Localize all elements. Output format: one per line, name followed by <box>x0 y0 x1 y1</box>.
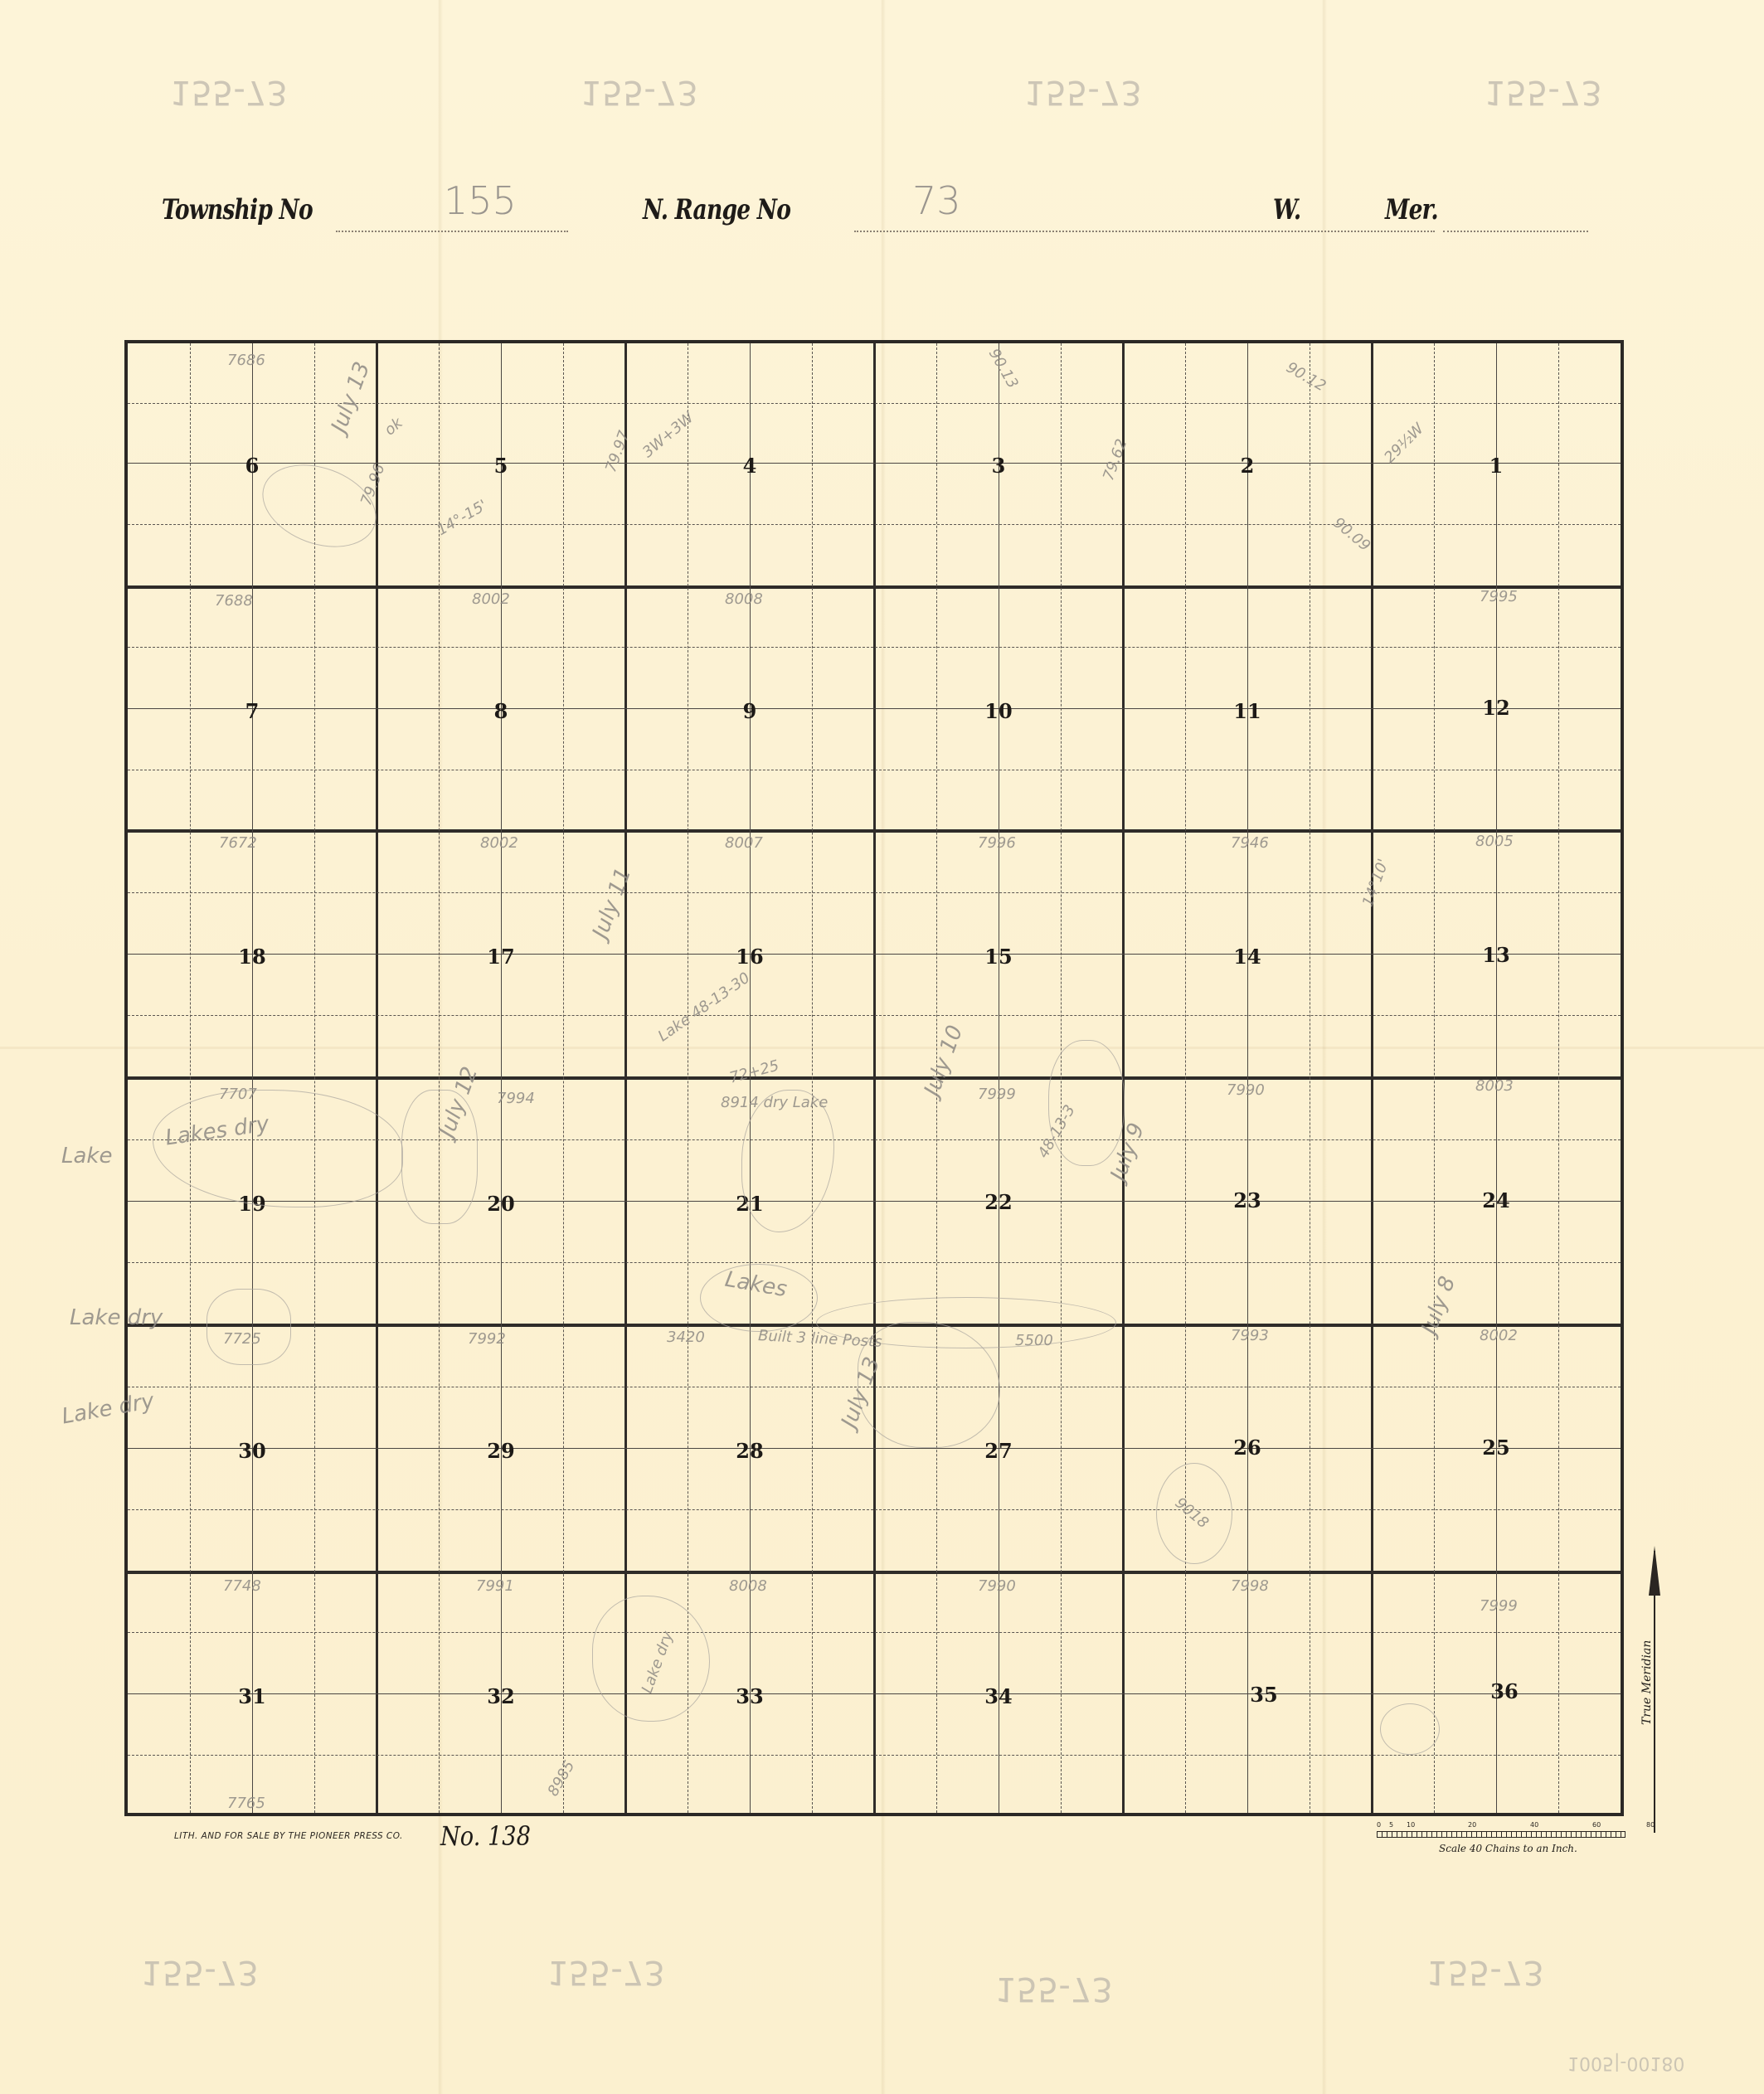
section-number: 29 <box>487 1441 514 1461</box>
pencil-note: 3W+3W <box>639 409 697 461</box>
scale-tick: 5 <box>1389 1821 1393 1829</box>
pencil-note: 72+25 <box>727 1057 780 1086</box>
pencil-note: July 11 <box>588 864 636 941</box>
pencil-note: 7990 <box>1227 1081 1265 1099</box>
township-grid: 6 5 4 3 2 1 7 8 9 10 11 12 18 17 16 15 1… <box>124 340 1624 1816</box>
bleed-note: 155-73 <box>141 1953 259 1991</box>
pencil-note: 90.09 <box>1329 514 1373 555</box>
pencil-note: 7990 <box>978 1577 1016 1595</box>
bleed-note: 155-73 <box>170 73 288 111</box>
pencil-note: 3420 <box>667 1329 705 1346</box>
section-number: 14 <box>1233 947 1261 967</box>
quarter-line-v <box>190 343 191 1813</box>
plat-header: Township No 155 N. Range No 73 W. Mer. <box>162 187 1588 236</box>
quarter-line-h <box>128 647 1621 648</box>
section-number: 23 <box>1233 1191 1261 1211</box>
section-number: 1 <box>1489 456 1504 476</box>
section-line-h <box>128 1571 1621 1574</box>
pencil-note: 5500 <box>1015 1332 1053 1349</box>
range-line <box>854 230 1435 232</box>
section-number: 6 <box>245 456 260 476</box>
pencil-note: 8005 <box>1475 833 1514 850</box>
pencil-note: 7946 <box>1231 834 1269 852</box>
pencil-note: July 8 <box>1417 1273 1460 1338</box>
pencil-note: Lake dry <box>70 1305 163 1330</box>
bleed-note: 155-73 <box>995 1970 1113 2008</box>
bleed-note: 155-73 <box>1426 1953 1544 1991</box>
lake-outline <box>207 1289 291 1365</box>
plat-number: No. 138 <box>440 1820 531 1852</box>
section-number: 27 <box>984 1441 1012 1461</box>
section-number: 15 <box>984 947 1012 967</box>
quarter-line-v <box>1310 343 1310 1813</box>
section-number: 2 <box>1241 456 1255 476</box>
section-number: 35 <box>1250 1685 1277 1705</box>
pencil-note: ok <box>381 415 406 440</box>
lithographer-credit: LITH. AND FOR SALE BY THE PIONEER PRESS … <box>174 1830 403 1841</box>
pencil-note: 7725 <box>223 1330 261 1348</box>
quarter-line-h <box>128 1015 1621 1016</box>
township-label: Township No <box>162 193 313 226</box>
quarter-line-v <box>563 343 564 1813</box>
pencil-note: 7765 <box>227 1795 265 1812</box>
pencil-note: 8002 <box>480 834 518 852</box>
pencil-note: 7995 <box>1480 588 1518 605</box>
pencil-note: 7993 <box>1231 1327 1269 1344</box>
pencil-note: 8002 <box>472 590 510 608</box>
meridian-line <box>1654 1551 1655 1833</box>
pencil-note: 7992 <box>468 1330 506 1348</box>
pencil-note: July 13 <box>327 358 375 435</box>
quarter-line-h <box>128 770 1621 770</box>
section-number: 8 <box>494 702 508 721</box>
section-number: 31 <box>238 1687 265 1707</box>
pencil-note: 7998 <box>1231 1577 1269 1595</box>
pencil-note: 14°10' <box>1359 857 1392 909</box>
section-number: 13 <box>1482 945 1509 965</box>
pencil-note: 8985 <box>544 1757 578 1799</box>
section-number: 32 <box>487 1687 514 1707</box>
range-value: 73 <box>912 178 961 223</box>
township-line <box>336 230 568 232</box>
section-line-h <box>128 1076 1621 1080</box>
section-number: 17 <box>487 947 514 967</box>
section-number: 26 <box>1233 1438 1261 1458</box>
section-number: 10 <box>984 702 1012 721</box>
bleed-note: 155-73 <box>581 73 698 111</box>
pencil-note: 90.12 <box>1283 359 1329 396</box>
quarter-line-v <box>1185 343 1186 1813</box>
quarter-line-v <box>1434 343 1435 1813</box>
lake-outline <box>1380 1703 1440 1755</box>
section-number: 12 <box>1482 698 1509 718</box>
quarter-line-v <box>812 343 813 1813</box>
section-line-h <box>128 829 1621 833</box>
scale-tick: 60 <box>1592 1821 1601 1829</box>
pencil-note: 79.96 <box>357 462 388 508</box>
meridian-label: Mer. <box>1385 193 1438 226</box>
half-line-h <box>128 1693 1621 1694</box>
bleed-note: 155-73 <box>547 1953 665 1991</box>
scale-tick: 40 <box>1530 1821 1538 1829</box>
bleed-note: 155-73 <box>1485 73 1602 111</box>
pencil-note: 7748 <box>223 1577 261 1595</box>
pencil-note: 7999 <box>1480 1597 1518 1615</box>
pencil-note: 90.13 <box>985 346 1022 391</box>
lake-outline <box>1048 1040 1125 1166</box>
section-number: 7 <box>245 702 260 721</box>
section-number: 18 <box>238 947 265 967</box>
quarter-line-h <box>128 892 1621 893</box>
pencil-note: Lake 48-13-30 <box>655 969 754 1046</box>
quarter-line-v <box>688 343 688 1813</box>
meridian-line <box>1443 230 1588 232</box>
section-number: 33 <box>736 1687 763 1707</box>
pencil-note: 8007 <box>725 834 763 852</box>
half-line-h <box>128 708 1621 709</box>
section-line-h <box>128 585 1621 589</box>
pencil-note: 79.97 <box>602 429 633 475</box>
half-line-h <box>128 954 1621 955</box>
pencil-note: 29½W <box>1381 420 1427 467</box>
pencil-note: 7688 <box>215 592 253 610</box>
section-number: 20 <box>487 1194 514 1214</box>
pencil-note: July 10 <box>920 1022 968 1099</box>
lake-outline <box>251 449 388 561</box>
section-number: 11 <box>1233 702 1261 721</box>
quarter-line-v <box>1558 343 1559 1813</box>
pencil-note: Lake <box>61 1144 112 1168</box>
section-number: 36 <box>1490 1682 1518 1702</box>
scale-ticks: 0 5 10 20 40 60 80 <box>1377 1821 1634 1831</box>
range-label: N. Range No <box>643 193 790 226</box>
section-number: 24 <box>1482 1191 1509 1211</box>
section-number: 28 <box>736 1441 763 1461</box>
quarter-line-h <box>128 1755 1621 1756</box>
pencil-note: 7707 <box>219 1086 257 1103</box>
section-number: 3 <box>992 456 1006 476</box>
pencil-note: 79.62 <box>1100 437 1130 483</box>
bleed-note: 155-73 <box>1024 73 1142 111</box>
quarter-line-h <box>128 1632 1621 1633</box>
pencil-note: 7686 <box>227 352 265 369</box>
pencil-note: 8914 dry Lake <box>721 1094 828 1111</box>
scale-caption: Scale 40 Chains to an Inch. <box>1439 1843 1577 1854</box>
scale-tick: 0 <box>1377 1821 1381 1829</box>
section-number: 5 <box>494 456 508 476</box>
pencil-note: 7996 <box>978 834 1016 852</box>
section-number: 4 <box>743 456 757 476</box>
section-number: 22 <box>984 1193 1012 1212</box>
pencil-note: 8008 <box>729 1577 767 1595</box>
section-number: 9 <box>743 702 757 721</box>
half-line-h <box>128 1448 1621 1449</box>
scale-bar <box>1377 1831 1626 1838</box>
quarter-line-v <box>439 343 440 1813</box>
section-number: 34 <box>984 1687 1012 1707</box>
pencil-note: 8003 <box>1475 1077 1514 1095</box>
archive-stamp: 1005|-00180 <box>1567 2053 1684 2073</box>
pencil-note: 7672 <box>219 834 257 852</box>
quarter-line-v <box>314 343 315 1813</box>
section-number: 16 <box>736 947 763 967</box>
scale-tick: 20 <box>1468 1821 1476 1829</box>
pencil-note: 7994 <box>497 1090 535 1107</box>
township-value: 155 <box>444 178 517 223</box>
meridian-dir: W. <box>1273 193 1300 226</box>
section-number: 30 <box>238 1441 265 1461</box>
scale-tick: 80 <box>1646 1821 1655 1829</box>
quarter-line-h <box>128 1509 1621 1510</box>
pencil-note: 7999 <box>978 1086 1016 1103</box>
pencil-note: 8008 <box>725 590 763 608</box>
section-number: 25 <box>1482 1438 1509 1458</box>
pencil-note: 14°-15' <box>434 497 490 539</box>
scale-tick: 10 <box>1407 1821 1415 1829</box>
true-meridian-label: True Meridian <box>1640 1640 1654 1725</box>
pencil-note: 7991 <box>476 1577 514 1595</box>
quarter-line-h <box>128 1262 1621 1263</box>
pencil-note: 8002 <box>1480 1327 1518 1344</box>
